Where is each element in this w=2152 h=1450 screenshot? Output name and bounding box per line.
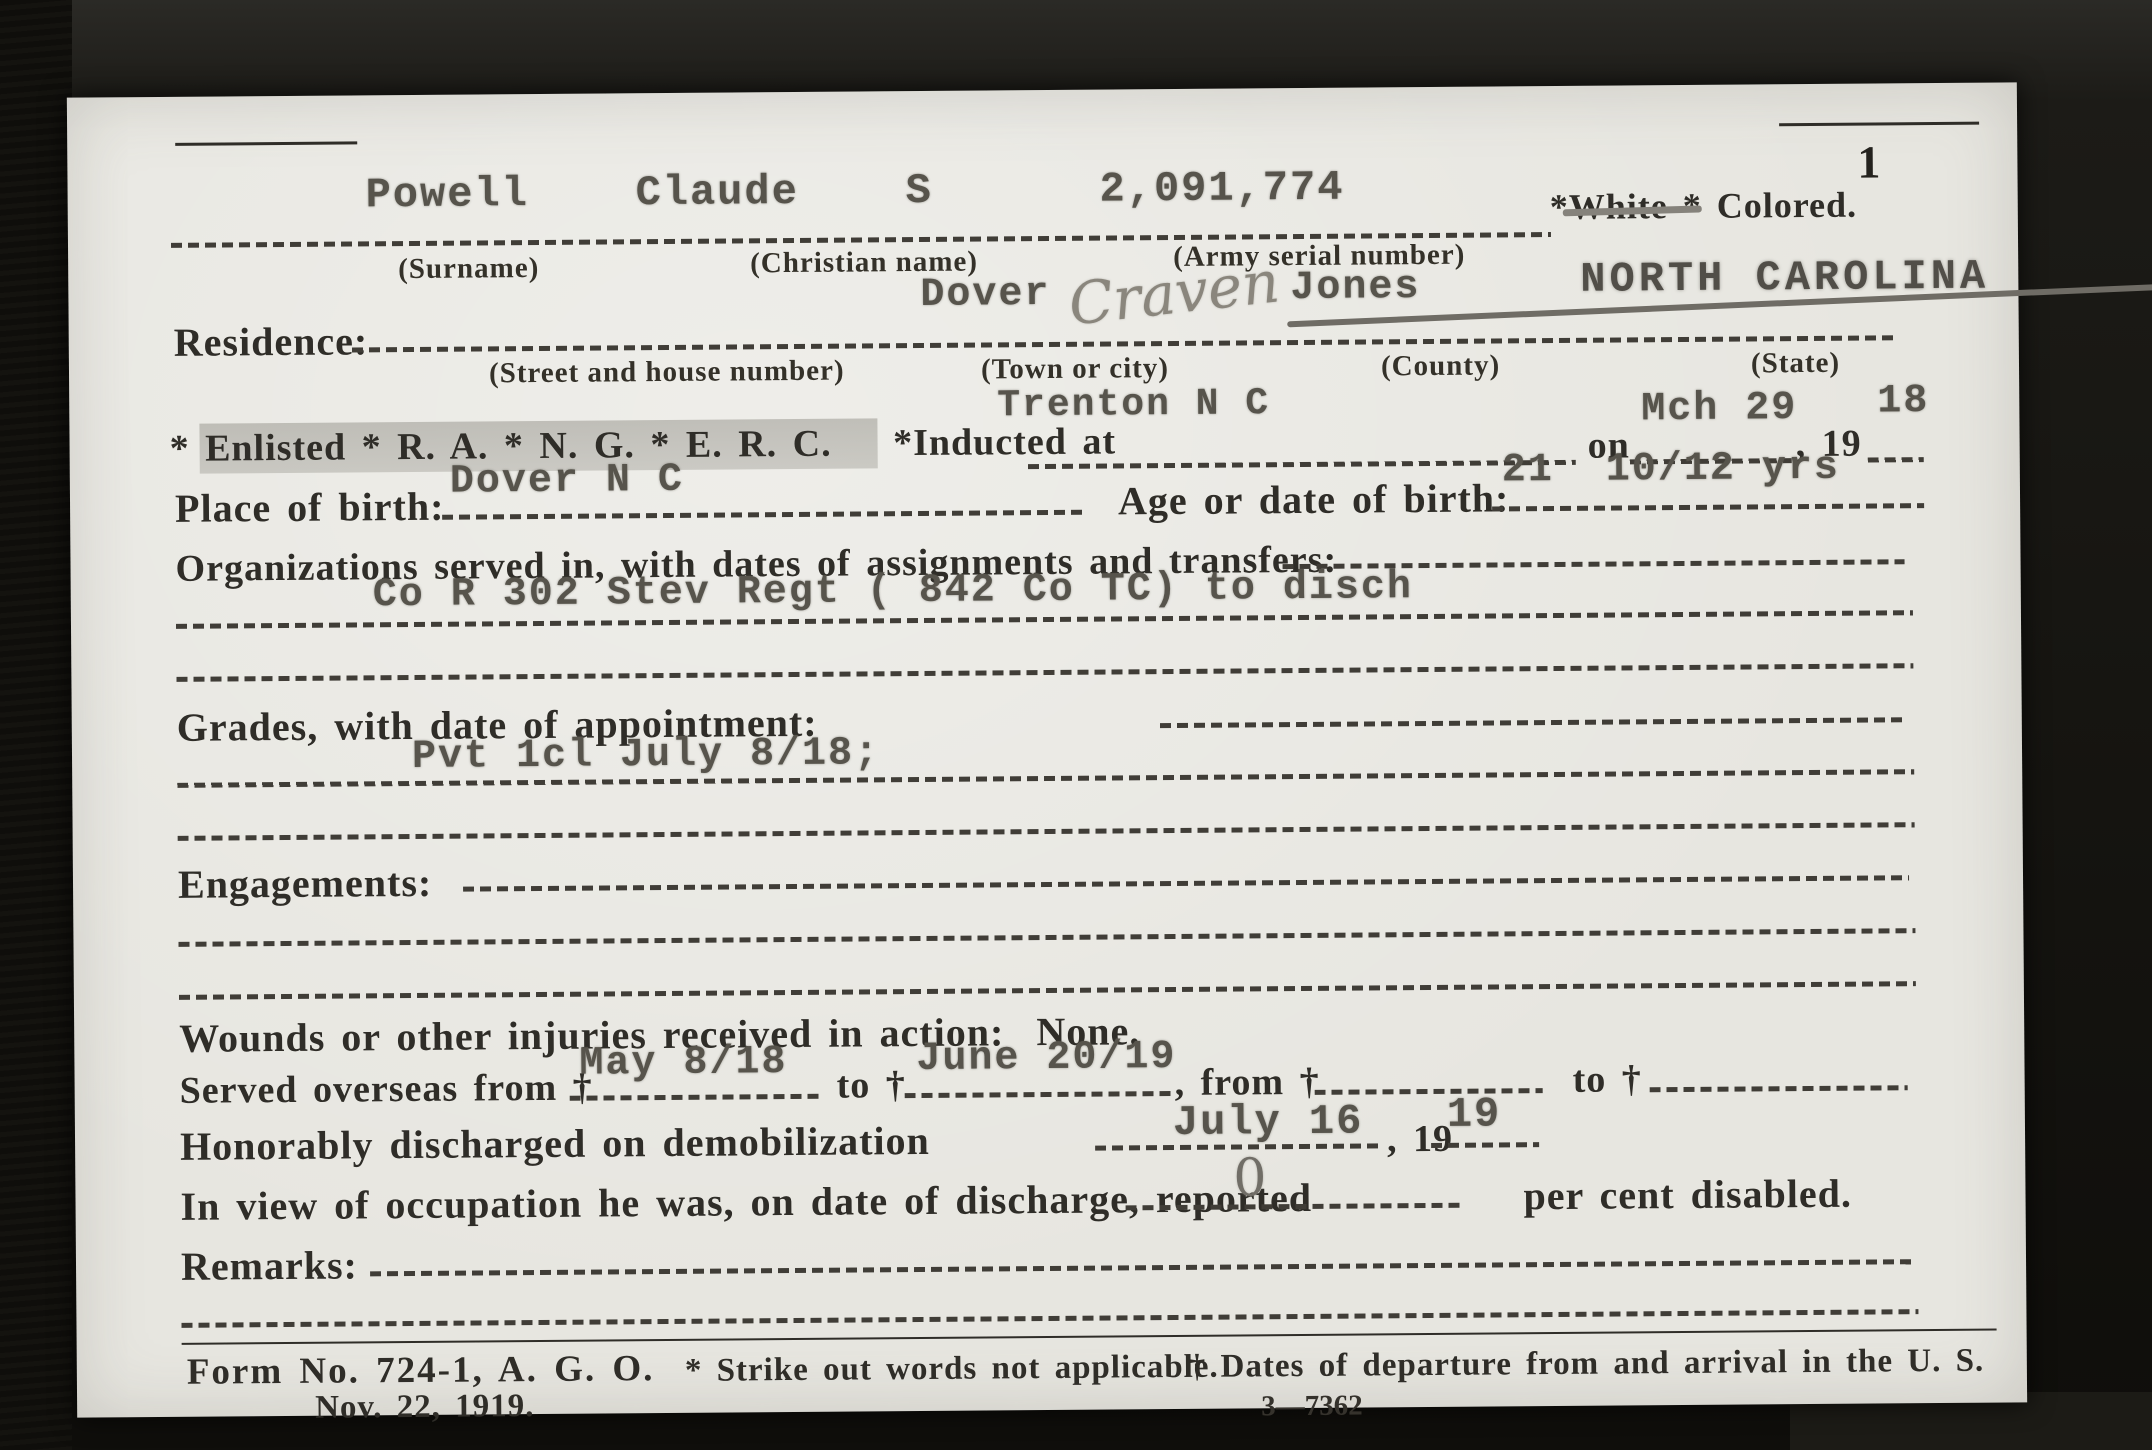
- state-label: (State): [1751, 347, 1840, 381]
- grades-line-2: [178, 822, 1915, 841]
- age-line: [1492, 503, 1924, 511]
- enlist-date-value: Mch 29: [1641, 386, 1797, 432]
- christian-name-value: Claude: [635, 168, 799, 217]
- book-spine-shadow: [0, 0, 72, 1450]
- race-white-struck: White: [1569, 186, 1668, 227]
- discharge-label: Honorably discharged on demobilization: [180, 1117, 930, 1170]
- army-serial-number-value: 2,091,774: [1099, 164, 1344, 214]
- organizations-value: Co R 302 Stev Regt ( 842 Co TC) to disch: [373, 565, 1413, 618]
- engagements-line-0: [463, 875, 1909, 891]
- residence-line: [352, 335, 1899, 352]
- overseas-label: Served overseas from †: [179, 1066, 592, 1113]
- state-stamp: NORTH CAROLINA: [1580, 253, 1989, 304]
- top-right-rule: [1779, 122, 1979, 127]
- county-handwritten-value: Craven: [1065, 247, 1282, 338]
- inducted-at-label: *Inducted at: [877, 420, 1116, 464]
- age-label: Age or date of birth:: [1118, 474, 1510, 524]
- surname-label: (Surname): [398, 252, 539, 286]
- footer-form-number: Form No. 724-1, A. G. O.: [187, 1347, 655, 1394]
- footer-dagger-note: † Dates of departure from and arrival in…: [1189, 1343, 1985, 1386]
- overseas-to1-label: to †: [836, 1063, 905, 1108]
- race-star1: *: [1550, 187, 1569, 227]
- page-number: 1: [1857, 135, 1880, 188]
- disability-value-handwritten: 0: [1233, 1148, 1267, 1208]
- footer-strike-note: * Strike out words not applicable.: [685, 1349, 1219, 1390]
- discharge-date-value: July 16: [1173, 1098, 1364, 1147]
- footer-print-code: 3—7362: [1261, 1390, 1363, 1424]
- street-label: (Street and house number): [489, 355, 845, 391]
- race-colored: Colored.: [1717, 185, 1858, 226]
- overseas-to2-line: [1650, 1085, 1908, 1092]
- footer-form-date: Nov. 22, 1919.: [315, 1388, 535, 1427]
- discharge-year-line: [1431, 1142, 1539, 1148]
- place-of-birth-value: Dover N C: [450, 458, 684, 505]
- overseas-to1-value: June 20/19: [916, 1035, 1176, 1082]
- overseas-from1-line: [570, 1094, 822, 1101]
- scanned-page: 1 Powell Claude S 2,091,774 *White * Col…: [0, 0, 2152, 1450]
- age-value: 21 10/12 yrs: [1502, 446, 1840, 494]
- residence-label: Residence:: [174, 317, 369, 366]
- grades-value: Pvt 1cl July 8/18;: [412, 731, 880, 780]
- race-line: *White * Colored.: [1550, 184, 1858, 228]
- town-value: Dover: [920, 272, 1050, 318]
- remarks-label: Remarks:: [181, 1241, 358, 1289]
- county-label: (County): [1381, 349, 1500, 383]
- overseas-to1-line: [905, 1091, 1173, 1098]
- organizations-line-2: [176, 663, 1913, 682]
- footer-rule: [182, 1329, 1997, 1345]
- remarks-line-1: [181, 1309, 1918, 1328]
- service-record-card: 1 Powell Claude S 2,091,774 *White * Col…: [67, 82, 2027, 1417]
- place-of-birth-label: Place of birth:: [175, 483, 445, 532]
- discharge-year-prefix: , 19: [1387, 1117, 1453, 1162]
- disability-label-left: In view of occupation he was, on date of…: [180, 1174, 1312, 1230]
- discharge-year-value: 19: [1447, 1090, 1502, 1138]
- place-of-birth-line: [442, 510, 1082, 520]
- remarks-line-0: [370, 1259, 1913, 1276]
- top-left-rule: [175, 141, 357, 145]
- surname-value: Powell: [365, 170, 529, 219]
- engagements-line-2: [179, 981, 1916, 1000]
- overseas-to2-label: to †: [1572, 1057, 1641, 1102]
- overseas-from2-line: [1315, 1088, 1543, 1095]
- disability-label-right: per cent disabled.: [1523, 1170, 1852, 1220]
- engagements-label: Engagements:: [178, 859, 433, 908]
- grades-line-0: [1160, 717, 1908, 728]
- middle-initial-value: S: [905, 167, 933, 215]
- town-label: (Town or city): [981, 352, 1169, 386]
- overseas-from1-value: May 8/18: [579, 1040, 787, 1087]
- engagements-line-1: [178, 928, 1915, 947]
- enlist-year-value: 18: [1877, 379, 1929, 424]
- enlist-year-line: [1868, 457, 1924, 462]
